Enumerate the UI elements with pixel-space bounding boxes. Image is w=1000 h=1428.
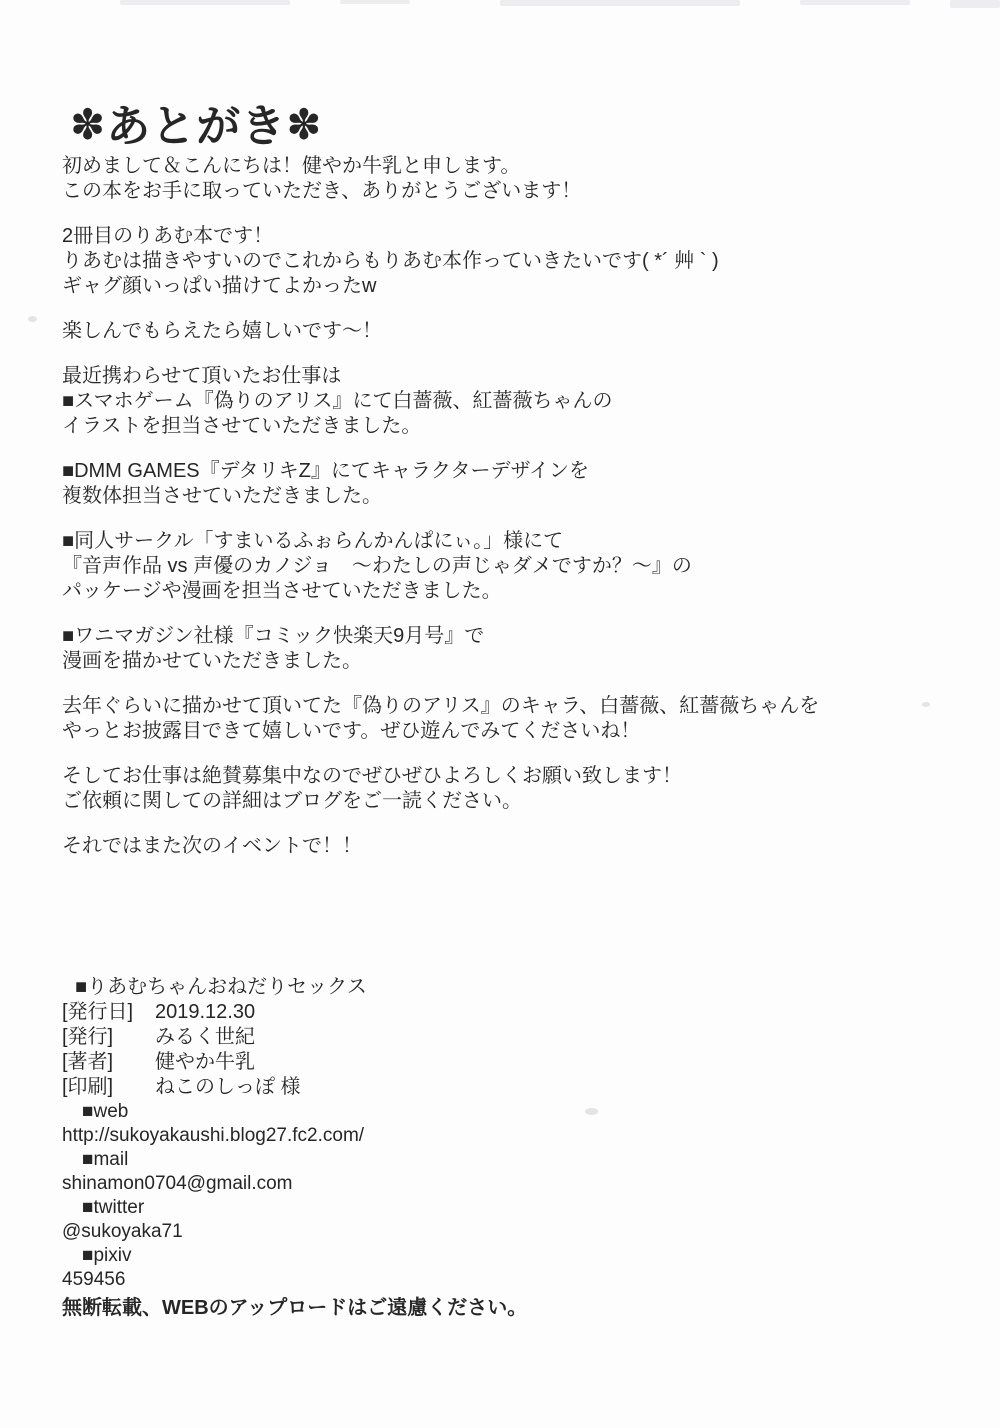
afterword-paragraph: ■ワニマガジン社様『コミック快楽天9月号』で 漫画を描かせていただきました。 [62, 624, 819, 674]
contact-label-pixiv: ■pixiv [62, 1244, 364, 1268]
afterword-paragraph: 楽しんでもらえたら嬉しいです～！ [62, 319, 819, 344]
contact-value-twitter: @sukoyaka71 [62, 1220, 364, 1244]
text-line: 『音声作品 vs 声優のカノジョ ～わたしの声じゃダメですか？～』の [62, 554, 819, 579]
text-line: 最近携わらせて頂いたお仕事は [62, 364, 819, 389]
text-line: ■同人サークル「すまいるふぉらんかんぱにぃ。」様にて [62, 529, 819, 554]
afterword-paragraph: それではまた次のイベントで！！ [62, 834, 819, 859]
text-line: ■DMM GAMES『デタリキZ』にてキャラクターデザインを [62, 459, 819, 484]
contact-value-web: http://sukoyakaushi.blog27.fc2.com/ [62, 1124, 364, 1148]
text-line: そしてお仕事は絶賛募集中なのでぜひぜひよろしくお願い致します！ [62, 764, 819, 789]
colophon-label: [印刷] [62, 1075, 155, 1100]
scan-artifact [500, 0, 740, 6]
contact-label-mail: ■mail [62, 1148, 364, 1172]
no-reupload-notice: 無断転載、WEBのアップロードはご遠慮ください。 [62, 1291, 527, 1320]
afterword-paragraph: 2冊目のりあむ本です！ りあむは描きやすいのでこれからもりあむ本作っていきたいで… [62, 224, 819, 299]
text-line: 去年ぐらいに描かせて頂いてた『偽りのアリス』のキャラ、白薔薇、紅薔薇ちゃんを [62, 694, 819, 719]
text-line: ご依頼に関しての詳細はブログをご一読ください。 [62, 789, 819, 814]
scan-artifact [800, 0, 910, 5]
text-line: イラストを担当させていただきました。 [62, 414, 819, 439]
scanned-page: ✽あとがき✽ 初めまして＆こんにちは！健やか牛乳と申します。 この本をお手に取っ… [0, 0, 1000, 1428]
colophon-value: ねこのしっぽ 様 [155, 1075, 301, 1100]
text-line: 2冊目のりあむ本です！ [62, 224, 819, 249]
colophon-row: [発行] みるく世紀 [62, 1025, 367, 1050]
colophon-label: [発行日] [62, 1000, 155, 1025]
contact-list: ■web http://sukoyakaushi.blog27.fc2.com/… [62, 1100, 364, 1292]
scan-artifact [28, 316, 37, 322]
scan-artifact [950, 0, 1000, 8]
afterword-paragraph: 去年ぐらいに描かせて頂いてた『偽りのアリス』のキャラ、白薔薇、紅薔薇ちゃんを や… [62, 694, 819, 744]
text-line: この本をお手に取っていただき、ありがとうございます！ [62, 179, 819, 204]
text-line: ■ワニマガジン社様『コミック快楽天9月号』で [62, 624, 819, 649]
text-line: ■スマホゲーム『偽りのアリス』にて白薔薇、紅薔薇ちゃんの [62, 389, 819, 414]
afterword-paragraph: 最近携わらせて頂いたお仕事は ■スマホゲーム『偽りのアリス』にて白薔薇、紅薔薇ち… [62, 364, 819, 439]
colophon-row: [印刷] ねこのしっぽ 様 [62, 1075, 367, 1100]
contact-label-twitter: ■twitter [62, 1196, 364, 1220]
text-line: ギャグ顔いっぱい描けてよかったw [62, 274, 819, 299]
colophon-row: [発行日] 2019.12.30 [62, 1000, 367, 1025]
afterword-paragraph: ■DMM GAMES『デタリキZ』にてキャラクターデザインを 複数体担当させてい… [62, 459, 819, 509]
text-line: 楽しんでもらえたら嬉しいです～！ [62, 319, 819, 344]
colophon-label: [発行] [62, 1025, 155, 1050]
contact-label-web: ■web [62, 1100, 364, 1124]
text-line: それではまた次のイベントで！！ [62, 834, 819, 859]
colophon: ■りあむちゃんおねだりセックス [発行日] 2019.12.30 [発行] みる… [62, 975, 367, 1100]
page-title-text: あとがき [106, 102, 286, 151]
colophon-value: 2019.12.30 [155, 1000, 255, 1025]
text-line: 複数体担当させていただきました。 [62, 484, 819, 509]
text-line: やっとお披露目できて嬉しいです。ぜひ遊んでみてくださいね！ [62, 719, 819, 744]
text-line: パッケージや漫画を担当させていただきました。 [62, 579, 819, 604]
afterword-paragraph: ■同人サークル「すまいるふぉらんかんぱにぃ。」様にて 『音声作品 vs 声優のカ… [62, 529, 819, 604]
colophon-value: みるく世紀 [155, 1025, 255, 1050]
afterword-body: 初めまして＆こんにちは！健やか牛乳と申します。 この本をお手に取っていただき、あ… [62, 154, 819, 879]
scan-artifact [585, 1108, 598, 1115]
text-line: 漫画を描かせていただきました。 [62, 649, 819, 674]
contact-value-pixiv: 459456 [62, 1268, 364, 1292]
page-title: ✽あとがき✽ [70, 90, 322, 154]
afterword-paragraph: 初めまして＆こんにちは！健やか牛乳と申します。 この本をお手に取っていただき、あ… [62, 154, 819, 204]
book-title: ■りあむちゃんおねだりセックス [62, 975, 367, 1000]
scan-artifact [120, 0, 290, 5]
colophon-label: [著者] [62, 1050, 155, 1075]
scan-artifact [340, 0, 410, 4]
text-line: 初めまして＆こんにちは！健やか牛乳と申します。 [62, 154, 819, 179]
contact-value-mail: shinamon0704@gmail.com [62, 1172, 364, 1196]
colophon-row: [著者] 健やか牛乳 [62, 1050, 367, 1075]
afterword-paragraph: そしてお仕事は絶賛募集中なのでぜひぜひよろしくお願い致します！ ご依頼に関しての… [62, 764, 819, 814]
flower-asterisk-icon: ✽ [286, 101, 322, 148]
colophon-value: 健やか牛乳 [155, 1050, 255, 1075]
flower-asterisk-icon: ✽ [70, 101, 106, 148]
scan-artifact [922, 702, 930, 707]
text-line: りあむは描きやすいのでこれからもりあむ本作っていきたいです( *´ 艸 ` ) [62, 249, 819, 274]
